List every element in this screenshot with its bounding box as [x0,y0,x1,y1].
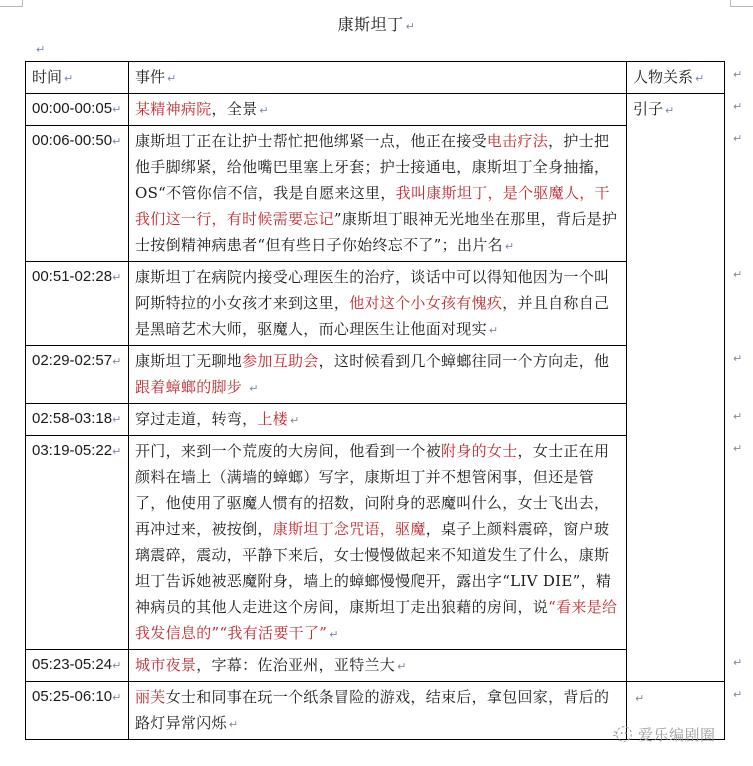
timecode: 05:25-06:10 [32,688,112,705]
watermark-text: 爱乐编剧圈 [638,724,716,745]
table-row: 00:00-00:05↵某精神病院，全景↵引子↵ [26,94,725,126]
paragraph-mark-icon: ↵ [397,660,407,673]
paragraph-mark-icon: ↵ [112,413,121,426]
paragraph-mark-icon: ↵ [112,355,121,368]
event-text: ，这时候看到几个蟑螂往同一个方向走，他 [319,352,610,370]
highlighted-text: 参加互助会 [242,352,319,370]
event-text: 女士和同事在玩一个纸条冒险的游戏，结束后，拿包回家，背后的路灯异常闪烁 [135,688,609,732]
timecode: 03:19-05:22 [32,442,112,459]
row-end-mark-icon: ↵ [733,68,742,81]
paragraph-mark-icon: ↵ [36,43,45,56]
event-text [242,378,247,396]
event-cell: 穿过走道，转弯，上楼↵ [129,404,627,436]
timecode: 05:23-05:24 [32,656,112,673]
time-cell: 05:23-05:24↵ [26,650,129,682]
time-cell: 05:25-06:10↵ [26,682,129,740]
table-row: 03:19-05:22↵开门，来到一个荒废的大房间，他看到一个被附身的女士，女士… [26,436,725,650]
event-text: 穿过走道，转弯， [135,410,257,428]
highlighted-text: 康斯坦丁念咒语，驱魔 [273,520,426,538]
page-margin-corner-left [0,0,23,7]
paragraph-mark-icon: ↵ [112,135,121,148]
time-cell: 02:29-02:57↵ [26,346,129,404]
table-row: 00:51-02:28↵康斯坦丁在病院内接受心理医生的治疗，谈话中可以得知他因为… [26,262,725,346]
highlighted-text: 跟着蟑螂的脚步 [135,378,242,396]
paragraph-mark-icon: ↵ [329,628,339,641]
timecode: 02:29-02:57 [32,352,112,369]
highlighted-text: 某精神病院 [135,100,212,118]
paragraph-mark-icon: ↵ [406,20,416,33]
highlighted-text: 丽芙 [135,688,166,706]
paragraph-mark-icon: ↵ [229,718,239,731]
row-end-mark-icon: ↵ [733,100,742,113]
row-end-mark-icon: ↵ [733,352,742,365]
paragraph-mark-icon: ↵ [64,72,73,85]
highlighted-text: 电击疗法 [487,132,548,150]
header-relation: 人物关系↵ [627,62,725,94]
relation-cell: 引子↵ [627,94,725,682]
event-cell: 康斯坦丁正在让护士帮忙把他绑紧一点，他正在接受电击疗法，护士把他手脚绑紧，给他嘴… [129,126,627,262]
timecode: 00:51-02:28 [32,268,112,285]
document-title-text: 康斯坦丁 [338,15,404,34]
paragraph-mark-icon: ↵ [489,324,499,337]
time-cell: 00:06-00:50↵ [26,126,129,262]
timecode: 00:06-00:50 [32,132,112,149]
paragraph-mark-icon: ↵ [665,104,674,117]
timecode: 02:58-03:18 [32,410,112,427]
wechat-official-account-icon [612,723,634,745]
row-end-mark-icon: ↵ [733,688,742,701]
highlighted-text: 上楼 [257,410,288,428]
timecode: 00:00-00:05 [32,100,112,117]
row-end-mark-icon: ↵ [733,268,742,281]
empty-paragraph: ↵ [34,38,45,57]
event-cell: 康斯坦丁无聊地参加互助会，这时候看到几个蟑螂往同一个方向走，他跟着蟑螂的脚步 ↵ [129,346,627,404]
event-text: ，全景 [212,100,258,118]
highlighted-text: 他对这个小女孩有愧疚 [349,294,502,312]
event-cell: 丽芙女士和同事在玩一个纸条冒险的游戏，结束后，拿包回家，背后的路灯异常闪烁↵ [129,682,627,740]
row-end-mark-icon: ↵ [733,656,742,669]
event-cell: 开门，来到一个荒废的大房间，他看到一个被附身的女士，女士正在用颜料在墙上（满墙的… [129,436,627,650]
paragraph-mark-icon: ↵ [635,692,644,705]
header-time: 时间↵ [26,62,129,94]
page-margin-corner-right [730,0,753,7]
event-cell: 城市夜景，字幕：佐治亚州，亚特兰大↵ [129,650,627,682]
scene-breakdown-table: 时间↵ 事件↵ 人物关系↵ 00:00-00:05↵某精神病院，全景↵引子↵00… [25,61,725,740]
event-cell: 某精神病院，全景↵ [129,94,627,126]
paragraph-mark-icon: ↵ [167,72,176,85]
paragraph-mark-icon: ↵ [112,691,121,704]
highlighted-text: 城市夜景 [135,656,196,674]
paragraph-mark-icon: ↵ [259,104,269,117]
table-row: 05:23-05:24↵城市夜景，字幕：佐治亚州，亚特兰大↵ [26,650,725,682]
event-text: 开门，来到一个荒废的大房间，他看到一个被 [135,442,441,460]
event-text: 康斯坦丁无聊地 [135,352,242,370]
paragraph-mark-icon: ↵ [112,659,121,672]
table-header-row: 时间↵ 事件↵ 人物关系↵ [26,62,725,94]
time-cell: 02:58-03:18↵ [26,404,129,436]
table-row: 00:06-00:50↵康斯坦丁正在让护士帮忙把他绑紧一点，他正在接受电击疗法，… [26,126,725,262]
row-end-mark-icon: ↵ [733,132,742,145]
time-cell: 03:19-05:22↵ [26,436,129,650]
paragraph-mark-icon: ↵ [112,271,121,284]
paragraph-mark-icon: ↵ [112,103,121,116]
table-row: 02:58-03:18↵穿过走道，转弯，上楼↵ [26,404,725,436]
paragraph-mark-icon: ↵ [249,382,259,395]
event-text: 康斯坦丁正在让护士帮忙把他绑紧一点，他正在接受 [135,132,487,150]
paragraph-mark-icon: ↵ [290,414,300,427]
paragraph-mark-icon: ↵ [505,240,515,253]
relation-text: 引子 [633,100,663,118]
highlighted-text: 附身的女士 [441,442,518,460]
document-title: 康斯坦丁↵ [0,12,753,35]
event-text: ，字幕：佐治亚州，亚特兰大 [196,656,395,674]
paragraph-mark-icon: ↵ [695,72,704,85]
paragraph-mark-icon: ↵ [112,445,121,458]
row-end-mark-icon: ↵ [733,410,742,423]
time-cell: 00:51-02:28↵ [26,262,129,346]
header-event: 事件↵ [129,62,627,94]
event-cell: 康斯坦丁在病院内接受心理医生的治疗，谈话中可以得知他因为一个叫阿斯特拉的小女孩才… [129,262,627,346]
table-row: 02:29-02:57↵康斯坦丁无聊地参加互助会，这时候看到几个蟑螂往同一个方向… [26,346,725,404]
row-end-mark-icon: ↵ [733,442,742,455]
watermark: 爱乐编剧圈 [612,718,716,750]
table-body: 00:00-00:05↵某精神病院，全景↵引子↵00:06-00:50↵康斯坦丁… [26,94,725,740]
time-cell: 00:00-00:05↵ [26,94,129,126]
